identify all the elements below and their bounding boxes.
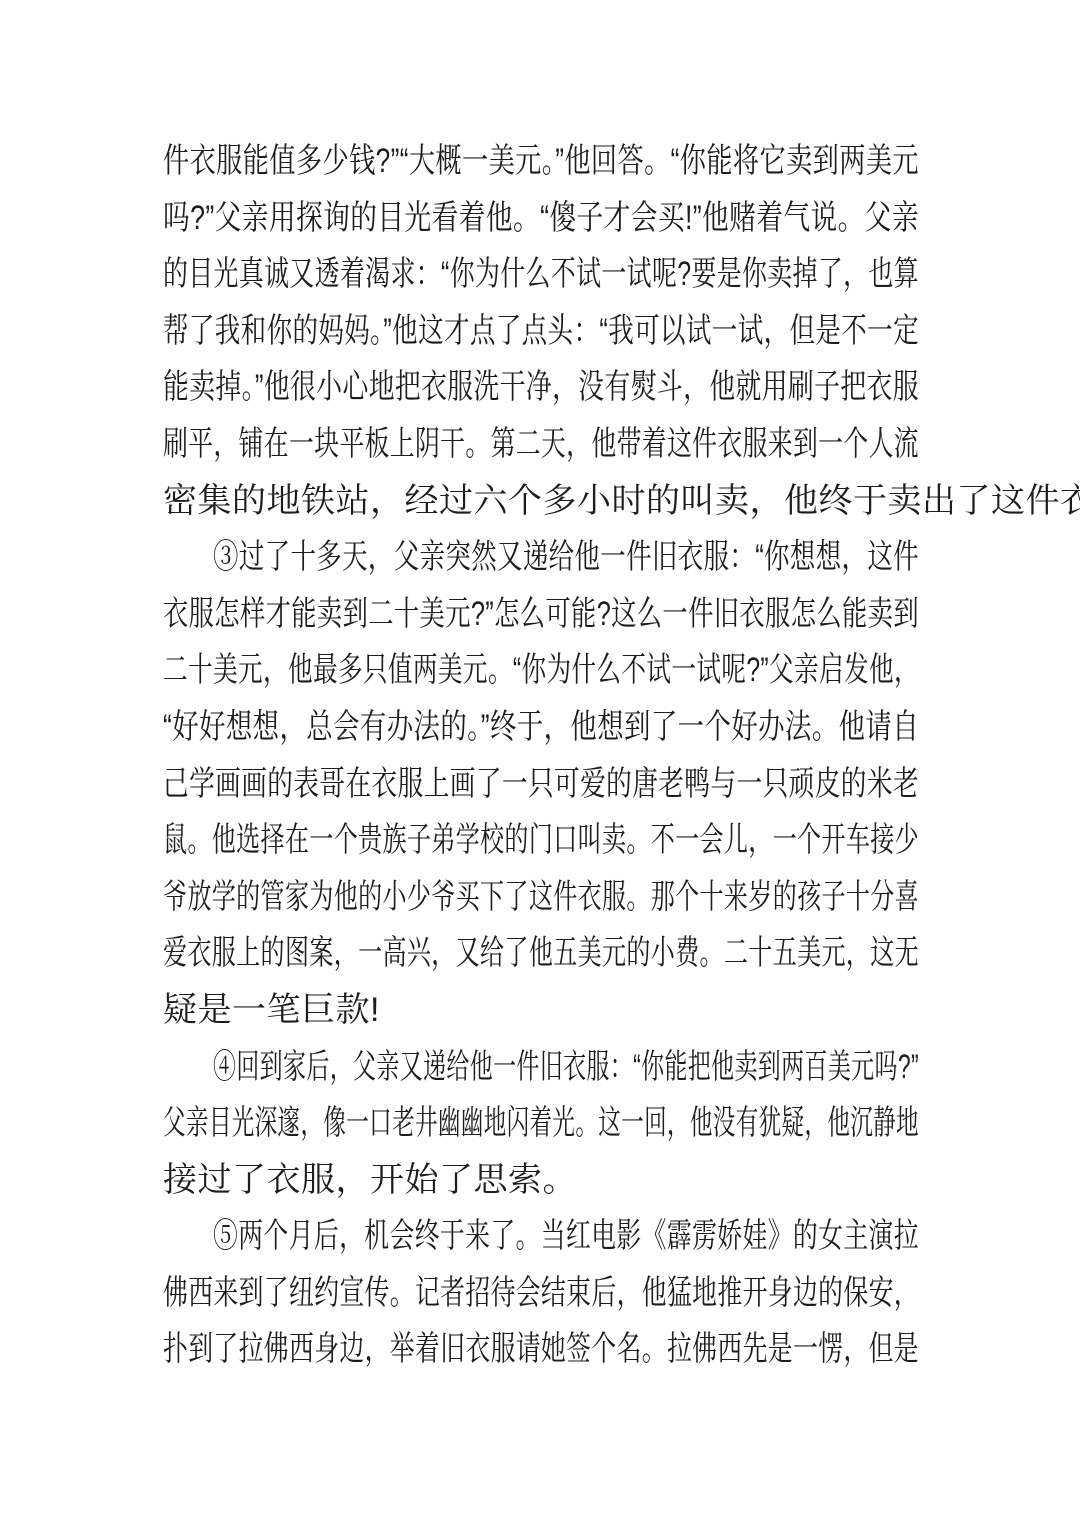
text-line-content: ④回到家后，父亲又递给他一件旧衣服：“你能把他卖到两百美元吗?” <box>213 1039 919 1096</box>
text-line-content: 二十美元，他最多只值两美元。“你为什么不试一试呢?”父亲启发他， <box>163 642 919 699</box>
text-line-content: ③过了十多天，父亲突然又递给他一件旧衣服：“你想想，这件 <box>213 529 919 586</box>
text-line-content: 密集的地铁站，经过六个多小时的叫卖，他终于卖出了这件衣服。 <box>163 473 1080 530</box>
text-line: “好好想想，总会有办法的。”终于，他想到了一个好办法。他请自 <box>163 699 919 756</box>
text-line-content: 爷放学的管家为他的小少爷买下了这件衣服。那个十来岁的孩子十分喜 <box>163 869 919 926</box>
text-line-content: 件衣服能值多少钱?”“大概一美元。”他回答。“你能将它卖到两美元 <box>163 133 919 190</box>
text-line-content: 扑到了拉佛西身边，举着旧衣服请她签个名。拉佛西先是一愣，但是 <box>163 1321 919 1378</box>
text-line-content: 帮了我和你的妈妈。”他这才点了点头：“我可以试一试，但是不一定 <box>163 303 919 360</box>
text-line: 父亲目光深邃，像一口老井幽幽地闪着光。这一回，他没有犹疑，他沉静地 <box>163 1095 919 1152</box>
text-line: 的目光真诚又透着渴求：“你为什么不试一试呢?要是你卖掉了，也算 <box>163 246 919 303</box>
text-line-content: 佛西来到了纽约宣传。记者招待会结束后，他猛地推开身边的保安， <box>163 1265 919 1322</box>
text-line-paragraph-end: 密集的地铁站，经过六个多小时的叫卖，他终于卖出了这件衣服。 <box>163 473 919 530</box>
text-line-content: 己学画画的表哥在衣服上画了一只可爱的唐老鸭与一只顽皮的米老 <box>163 756 919 813</box>
text-line-paragraph-3-start: ③过了十多天，父亲突然又递给他一件旧衣服：“你想想，这件 <box>163 529 919 586</box>
text-line-paragraph-5-start: ⑤两个月后，机会终于来了。当红电影《霹雳娇娃》的女主演拉 <box>163 1208 919 1265</box>
text-line-content: ⑤两个月后，机会终于来了。当红电影《霹雳娇娃》的女主演拉 <box>213 1208 919 1265</box>
text-line: 衣服怎样才能卖到二十美元?”怎么可能?这么一件旧衣服怎么能卖到 <box>163 586 919 643</box>
text-line: 扑到了拉佛西身边，举着旧衣服请她签个名。拉佛西先是一愣，但是 <box>163 1321 919 1378</box>
text-line: 爱衣服上的图案，一高兴，又给了他五美元的小费。二十五美元，这无 <box>163 925 919 982</box>
text-line: 能卖掉。”他很小心地把衣服洗干净，没有熨斗，他就用刷子把衣服 <box>163 359 919 416</box>
text-line: 帮了我和你的妈妈。”他这才点了点头：“我可以试一试，但是不一定 <box>163 303 919 360</box>
text-line: 己学画画的表哥在衣服上画了一只可爱的唐老鸭与一只顽皮的米老 <box>163 756 919 813</box>
text-line: 吗?”父亲用探询的目光看着他。“傻子才会买!”他赌着气说。父亲 <box>163 190 919 247</box>
text-line: 佛西来到了纽约宣传。记者招待会结束后，他猛地推开身边的保安， <box>163 1265 919 1322</box>
text-line-content: 吗?”父亲用探询的目光看着他。“傻子才会买!”他赌着气说。父亲 <box>163 190 919 247</box>
text-line-paragraph-end: 疑是一笔巨款! <box>163 982 919 1039</box>
text-line: 刷平，铺在一块平板上阴干。第二天，他带着这件衣服来到一个人流 <box>163 416 919 473</box>
text-line-content: 爱衣服上的图案，一高兴，又给了他五美元的小费。二十五美元，这无 <box>163 925 919 982</box>
text-line-content: 刷平，铺在一块平板上阴干。第二天，他带着这件衣服来到一个人流 <box>163 416 919 473</box>
text-line-content: 的目光真诚又透着渴求：“你为什么不试一试呢?要是你卖掉了，也算 <box>163 246 919 303</box>
text-line-content: 父亲目光深邃，像一口老井幽幽地闪着光。这一回，他没有犹疑，他沉静地 <box>163 1095 919 1152</box>
text-line-content: 衣服怎样才能卖到二十美元?”怎么可能?这么一件旧衣服怎么能卖到 <box>163 586 919 643</box>
article-text: 件衣服能值多少钱?”“大概一美元。”他回答。“你能将它卖到两美元 吗?”父亲用探… <box>163 133 919 1378</box>
text-line-content: 疑是一笔巨款! <box>163 982 380 1039</box>
text-line: 件衣服能值多少钱?”“大概一美元。”他回答。“你能将它卖到两美元 <box>163 133 919 190</box>
text-line-paragraph-end: 接过了衣服，开始了思索。 <box>163 1152 919 1209</box>
text-line: 鼠。他选择在一个贵族子弟学校的门口叫卖。不一会儿，一个开车接少 <box>163 812 919 869</box>
text-line-content: 能卖掉。”他很小心地把衣服洗干净，没有熨斗，他就用刷子把衣服 <box>163 359 919 416</box>
text-line: 二十美元，他最多只值两美元。“你为什么不试一试呢?”父亲启发他， <box>163 642 919 699</box>
document-page: 件衣服能值多少钱?”“大概一美元。”他回答。“你能将它卖到两美元 吗?”父亲用探… <box>0 0 1080 1527</box>
text-line: 爷放学的管家为他的小少爷买下了这件衣服。那个十来岁的孩子十分喜 <box>163 869 919 926</box>
text-line-content: 接过了衣服，开始了思索。 <box>163 1152 577 1209</box>
text-line-paragraph-4-start: ④回到家后，父亲又递给他一件旧衣服：“你能把他卖到两百美元吗?” <box>163 1039 919 1096</box>
text-line-content: “好好想想，总会有办法的。”终于，他想到了一个好办法。他请自 <box>163 699 919 756</box>
text-line-content: 鼠。他选择在一个贵族子弟学校的门口叫卖。不一会儿，一个开车接少 <box>163 812 919 869</box>
